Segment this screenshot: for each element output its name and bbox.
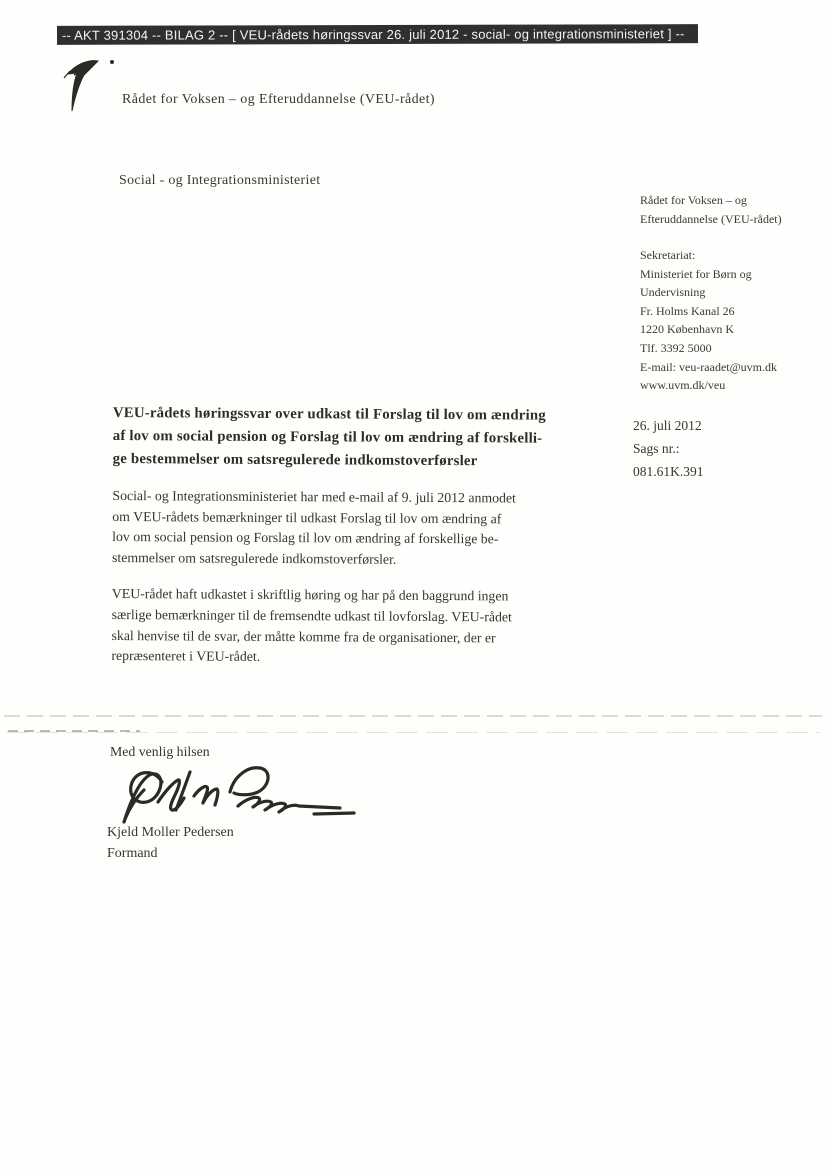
body-paragraph-1: Social- og Integrationsministeriet har m… xyxy=(112,486,594,571)
scanned-letter-page: -- AKT 391304 -- BILAG 2 -- [ VEU-rådets… xyxy=(0,0,826,1169)
akt-header-bar: -- AKT 391304 -- BILAG 2 -- [ VEU-rådets… xyxy=(57,24,698,45)
body-paragraph-2: VEU-rådet haft udkastet i skriftlig høri… xyxy=(111,584,593,669)
scan-artifact-line xyxy=(6,732,820,733)
handwritten-signature xyxy=(118,760,366,832)
contact-sidebar: Rådet for Voksen – og Efteruddannelse (V… xyxy=(640,191,818,395)
signature-title: Formand xyxy=(107,846,158,862)
handwritten-ink-mark xyxy=(60,56,110,114)
closing-salutation: Med venlig hilsen xyxy=(110,744,210,760)
signature-name: Kjeld Moller Pedersen xyxy=(107,825,234,841)
letterhead-org-name: Rådet for Voksen – og Efteruddannelse (V… xyxy=(122,92,435,108)
letter-date: 26. juli 2012 xyxy=(633,414,704,437)
letter-body-column: VEU-rådets høringssvar over udkast til F… xyxy=(111,402,595,686)
ink-dot xyxy=(110,60,114,64)
recipient-line: Social - og Integrationsministeriet xyxy=(119,173,320,189)
case-number-label: Sags nr.: xyxy=(633,437,704,460)
sidebar-org-name: Rådet for Voksen – og Efteruddannelse (V… xyxy=(640,191,818,229)
sidebar-secretariat-address: Sekretariat: Ministeriet for Børn og Und… xyxy=(640,246,818,395)
subject-heading: VEU-rådets høringssvar over udkast til F… xyxy=(113,402,595,474)
scan-artifact-line xyxy=(4,715,822,717)
scan-artifact-line xyxy=(8,730,140,732)
date-case-block: 26. juli 2012 Sags nr.: 081.61K.391 xyxy=(633,414,704,483)
case-number: 081.61K.391 xyxy=(633,460,704,483)
